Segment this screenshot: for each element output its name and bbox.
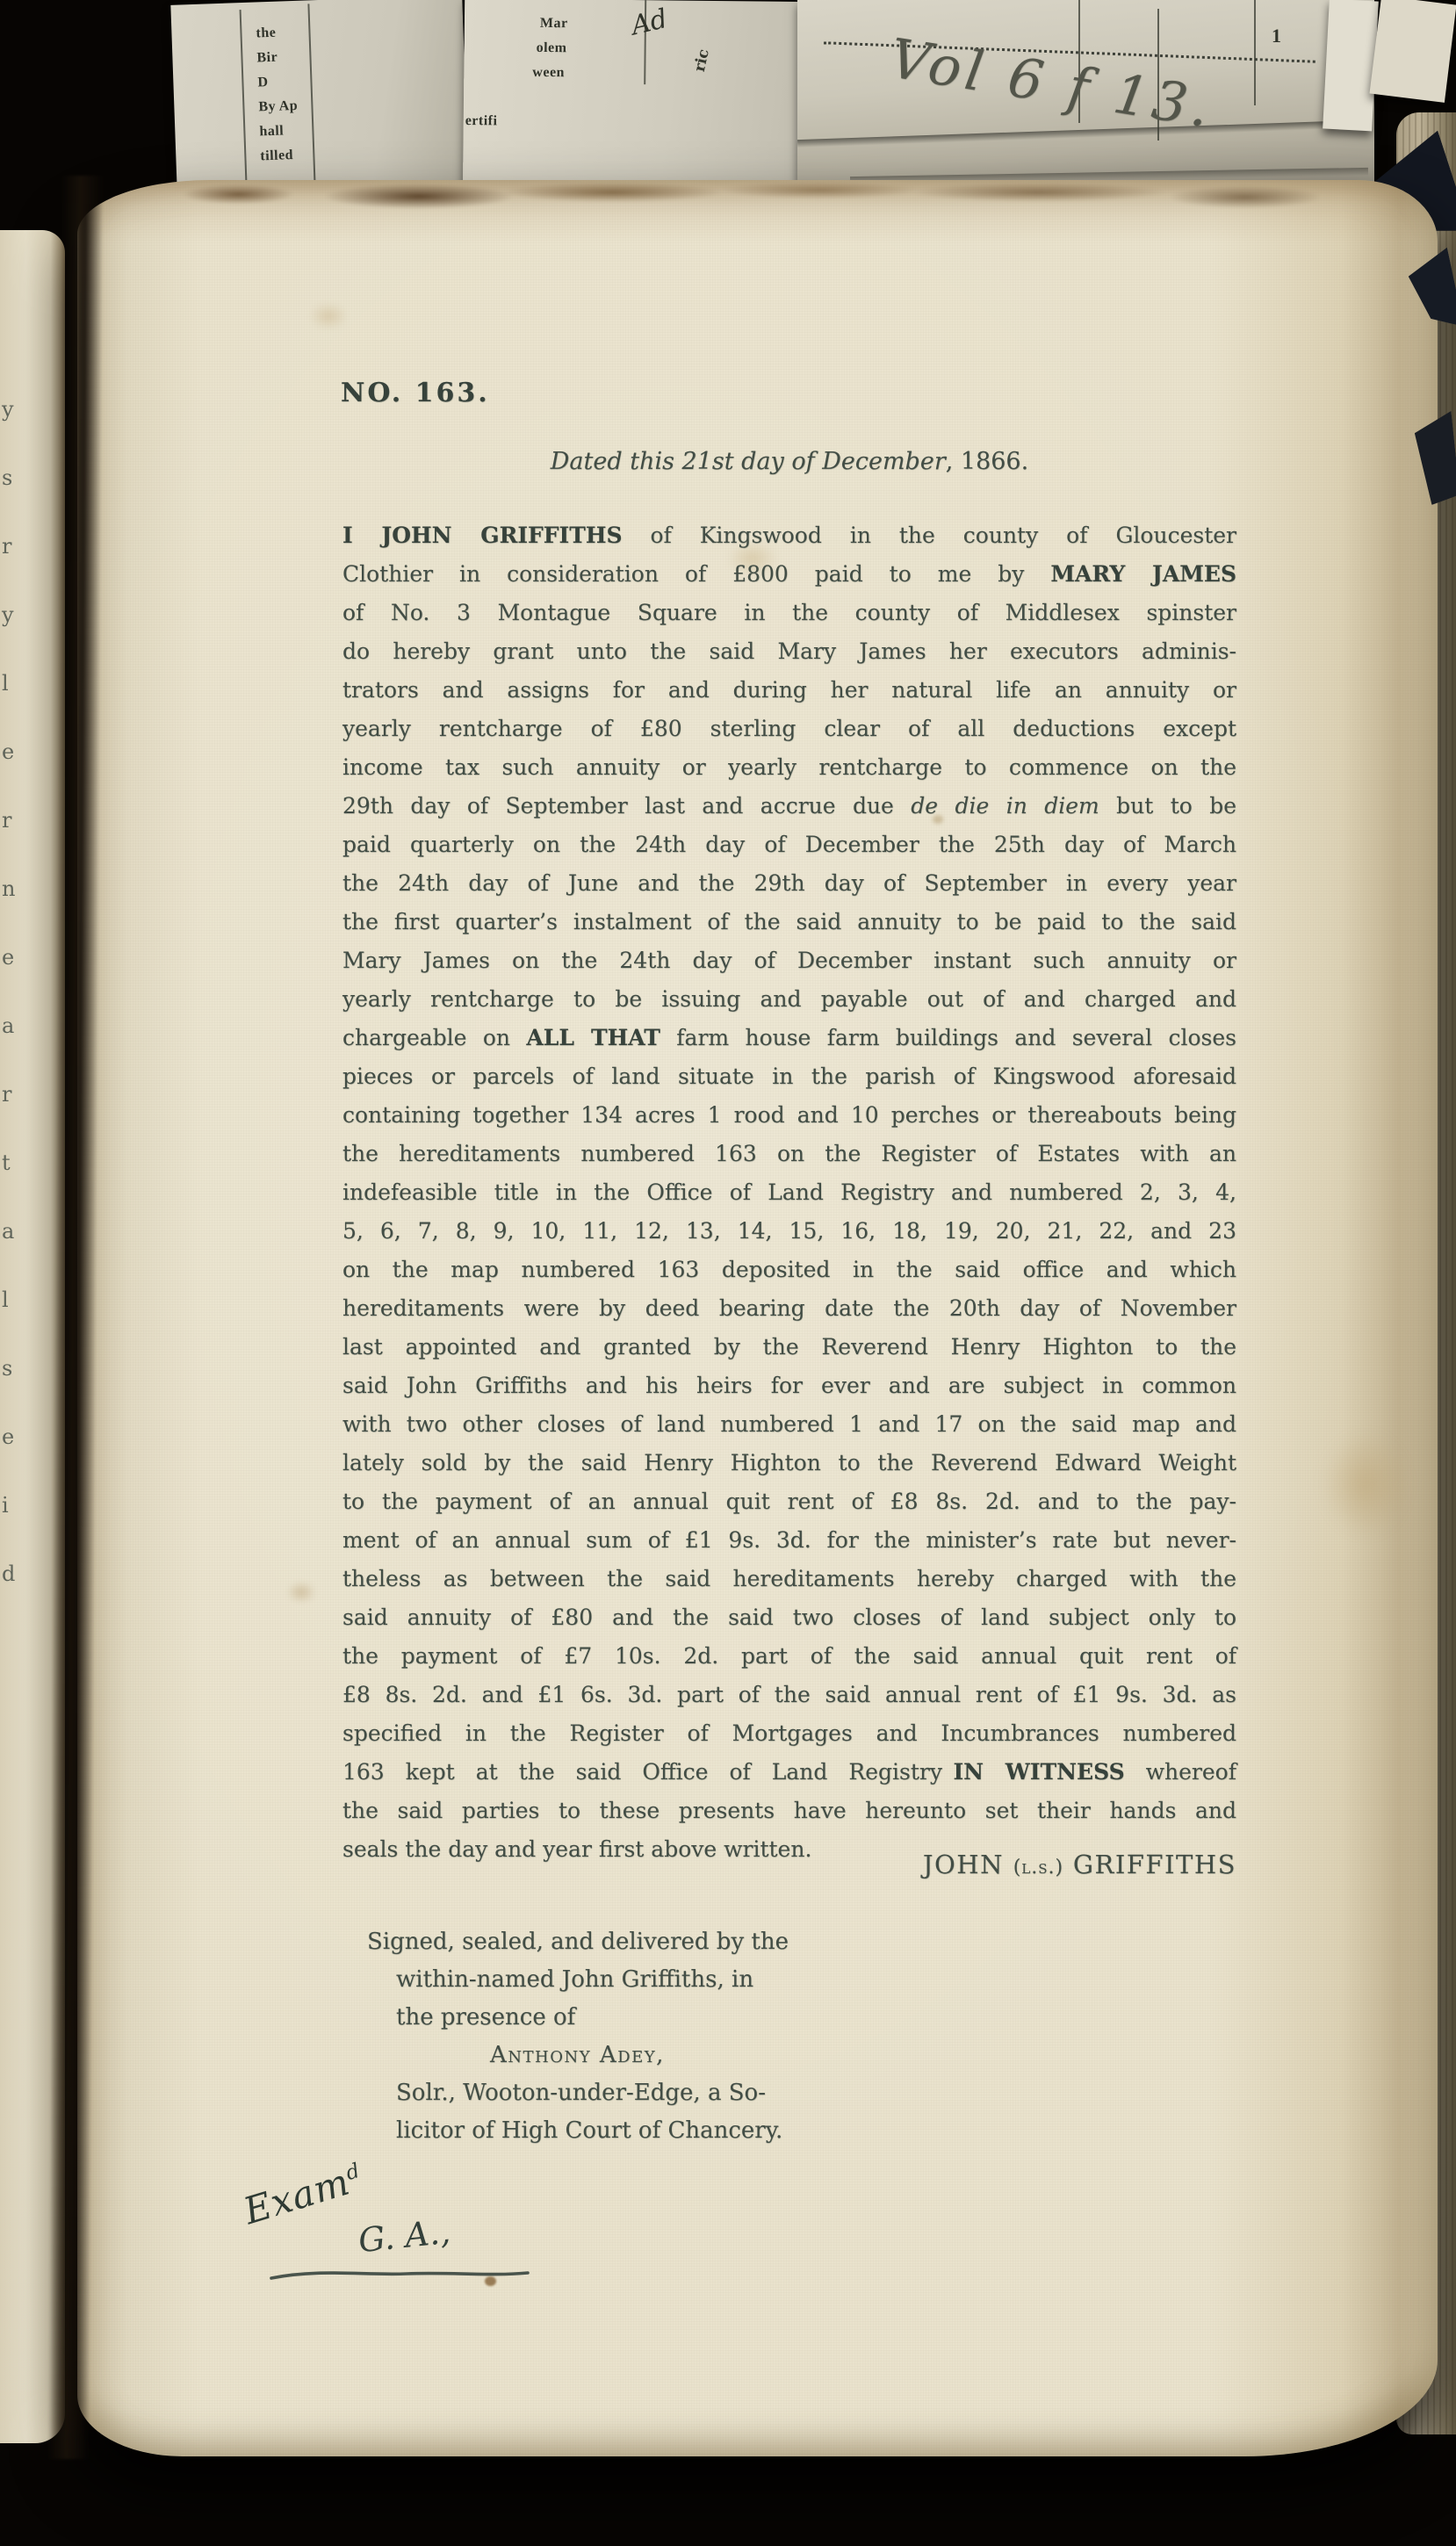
- grantor-signature-line: JOHN (l.s.) GRIFFITHS: [342, 1850, 1236, 1879]
- body-line-8: 29th day of September last and accrue du…: [342, 787, 1236, 826]
- body-line-14: chargeable on ALL THAT farm house farm b…: [342, 1019, 1236, 1057]
- body-line-16: containing together 134 acres 1 rood and…: [342, 1096, 1236, 1135]
- body-line-30: the payment of £7 10s. 2d. part of the s…: [342, 1637, 1236, 1676]
- volume-folio-annotation: Vol 6 f 13.: [886, 25, 1218, 140]
- body-line-34: the said parties to these presents have …: [342, 1792, 1236, 1830]
- body-line-13: yearly rentcharge to be issuing and paya…: [342, 980, 1236, 1019]
- attestation-clause: Signed, sealed, and delivered by thewith…: [367, 1923, 789, 2150]
- deed-body-text: I JOHN GRIFFITHS of Kingswood in the cou…: [342, 516, 1236, 1869]
- page-content: Vol 6 f 13. NO. 163. Dated this 21st day…: [0, 0, 1456, 2546]
- attestation-line-3: the presence of: [367, 1999, 789, 2037]
- body-line-33: 163 kept at the said Office of Land Regi…: [342, 1753, 1236, 1792]
- body-line-7: income tax such annuity or yearly rentch…: [342, 748, 1236, 787]
- body-line-11: the first quarter’s instalment of the sa…: [342, 903, 1236, 941]
- body-line-12: Mary James on the 24th day of December i…: [342, 941, 1236, 980]
- body-line-17: the hereditaments numbered 163 on the Re…: [342, 1135, 1236, 1173]
- body-line-22: last appointed and granted by the Revere…: [342, 1328, 1236, 1367]
- body-line-9: paid quarterly on the 24th day of Decemb…: [342, 826, 1236, 864]
- book-photograph: { "photo": { "background_color": "#07050…: [0, 0, 1456, 2546]
- attestation-line-1: Signed, sealed, and delivered by the: [367, 1923, 789, 1961]
- body-line-26: to the payment of an annual quit rent of…: [342, 1482, 1236, 1521]
- body-line-4: do hereby grant unto the said Mary James…: [342, 632, 1236, 671]
- deed-number-heading: NO. 163.: [341, 378, 490, 408]
- body-line-20: on the map numbered 163 deposited in the…: [342, 1251, 1236, 1289]
- body-line-25: lately sold by the said Henry Highton to…: [342, 1444, 1236, 1482]
- body-line-24: with two other closes of land numbered 1…: [342, 1405, 1236, 1444]
- attestation-line-2: within-named John Griffiths, in: [367, 1961, 789, 1999]
- attestation-line-6: licitor of High Court of Chancery.: [367, 2112, 789, 2150]
- attestation-line-5: Solr., Wooton-under-Edge, a So-: [367, 2074, 789, 2112]
- body-line-3: of No. 3 Montague Square in the county o…: [342, 594, 1236, 632]
- body-line-5: trators and assigns for and during her n…: [342, 671, 1236, 710]
- body-line-31: £8 8s. 2d. and £1 6s. 3d. part of the sa…: [342, 1676, 1236, 1714]
- body-line-1: I JOHN GRIFFITHS of Kingswood in the cou…: [342, 516, 1236, 555]
- body-line-10: the 24th day of June and the 29th day of…: [342, 864, 1236, 903]
- body-line-6: yearly rentcharge of £80 sterling clear …: [342, 710, 1236, 748]
- body-line-15: pieces or parcels of land situate in the…: [342, 1057, 1236, 1096]
- examined-annotation: Examd: [239, 2156, 368, 2233]
- body-line-27: ment of an annual sum of £1 9s. 3d. for …: [342, 1521, 1236, 1560]
- body-line-21: hereditaments were by deed bearing date …: [342, 1289, 1236, 1328]
- handwritten-rule: [266, 2264, 537, 2285]
- body-line-18: indefeasible title in the Office of Land…: [342, 1173, 1236, 1212]
- body-line-28: theless as between the said hereditament…: [342, 1560, 1236, 1598]
- body-line-29: said annuity of £80 and the said two clo…: [342, 1598, 1236, 1637]
- body-line-23: said John Griffiths and his heirs for ev…: [342, 1367, 1236, 1405]
- attestation-line-4: Anthony Adey,: [367, 2037, 789, 2074]
- body-line-32: specified in the Register of Mortgages a…: [342, 1714, 1236, 1753]
- deed-date-line: Dated this 21st day of December, 1866.: [342, 448, 1236, 475]
- body-line-19: 5, 6, 7, 8, 9, 10, 11, 12, 13, 14, 15, 1…: [342, 1212, 1236, 1251]
- body-line-2: Clothier in consideration of £800 paid t…: [342, 555, 1236, 594]
- examiner-initials: G. A.,: [357, 2212, 452, 2261]
